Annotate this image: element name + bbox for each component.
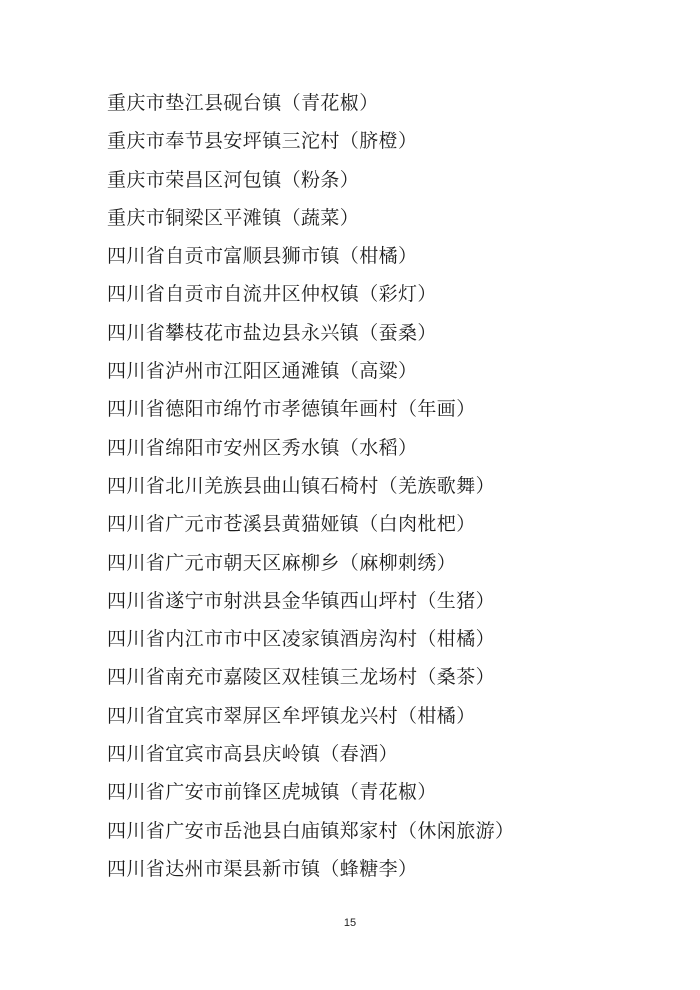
list-item: 四川省内江市市中区凌家镇酒房沟村（柑橘）: [107, 624, 514, 662]
town-list: 重庆市垫江县砚台镇（青花椒） 重庆市奉节县安坪镇三沱村（脐橙） 重庆市荣昌区河包…: [107, 88, 514, 892]
list-item: 四川省广元市苍溪县黄猫娅镇（白肉枇杷）: [107, 509, 514, 547]
list-item: 四川省遂宁市射洪县金华镇西山坪村（生猪）: [107, 586, 514, 624]
list-item: 四川省自贡市富顺县狮市镇（柑橘）: [107, 241, 514, 279]
list-item: 四川省泸州市江阳区通滩镇（高粱）: [107, 356, 514, 394]
list-item: 四川省德阳市绵竹市孝德镇年画村（年画）: [107, 394, 514, 432]
list-item: 四川省宜宾市高县庆岭镇（春酒）: [107, 739, 514, 777]
list-item: 重庆市垫江县砚台镇（青花椒）: [107, 88, 514, 126]
list-item: 四川省攀枝花市盐边县永兴镇（蚕桑）: [107, 318, 514, 356]
list-item: 重庆市铜梁区平滩镇（蔬菜）: [107, 203, 514, 241]
list-item: 四川省达州市渠县新市镇（蜂糖李）: [107, 854, 514, 892]
list-item: 四川省自贡市自流井区仲权镇（彩灯）: [107, 279, 514, 317]
list-item: 四川省北川羌族县曲山镇石椅村（羌族歌舞）: [107, 471, 514, 509]
list-item: 四川省广安市岳池县白庙镇郑家村（休闲旅游）: [107, 816, 514, 854]
document-page: 重庆市垫江县砚台镇（青花椒） 重庆市奉节县安坪镇三沱村（脐橙） 重庆市荣昌区河包…: [0, 0, 700, 990]
list-item: 四川省广元市朝天区麻柳乡（麻柳刺绣）: [107, 548, 514, 586]
list-item: 重庆市奉节县安坪镇三沱村（脐橙）: [107, 126, 514, 164]
list-item: 四川省宜宾市翠屏区牟坪镇龙兴村（柑橘）: [107, 701, 514, 739]
list-item: 重庆市荣昌区河包镇（粉条）: [107, 165, 514, 203]
page-number: 15: [0, 917, 700, 929]
list-item: 四川省南充市嘉陵区双桂镇三龙场村（桑茶）: [107, 662, 514, 700]
list-item: 四川省广安市前锋区虎城镇（青花椒）: [107, 777, 514, 815]
list-item: 四川省绵阳市安州区秀水镇（水稻）: [107, 433, 514, 471]
